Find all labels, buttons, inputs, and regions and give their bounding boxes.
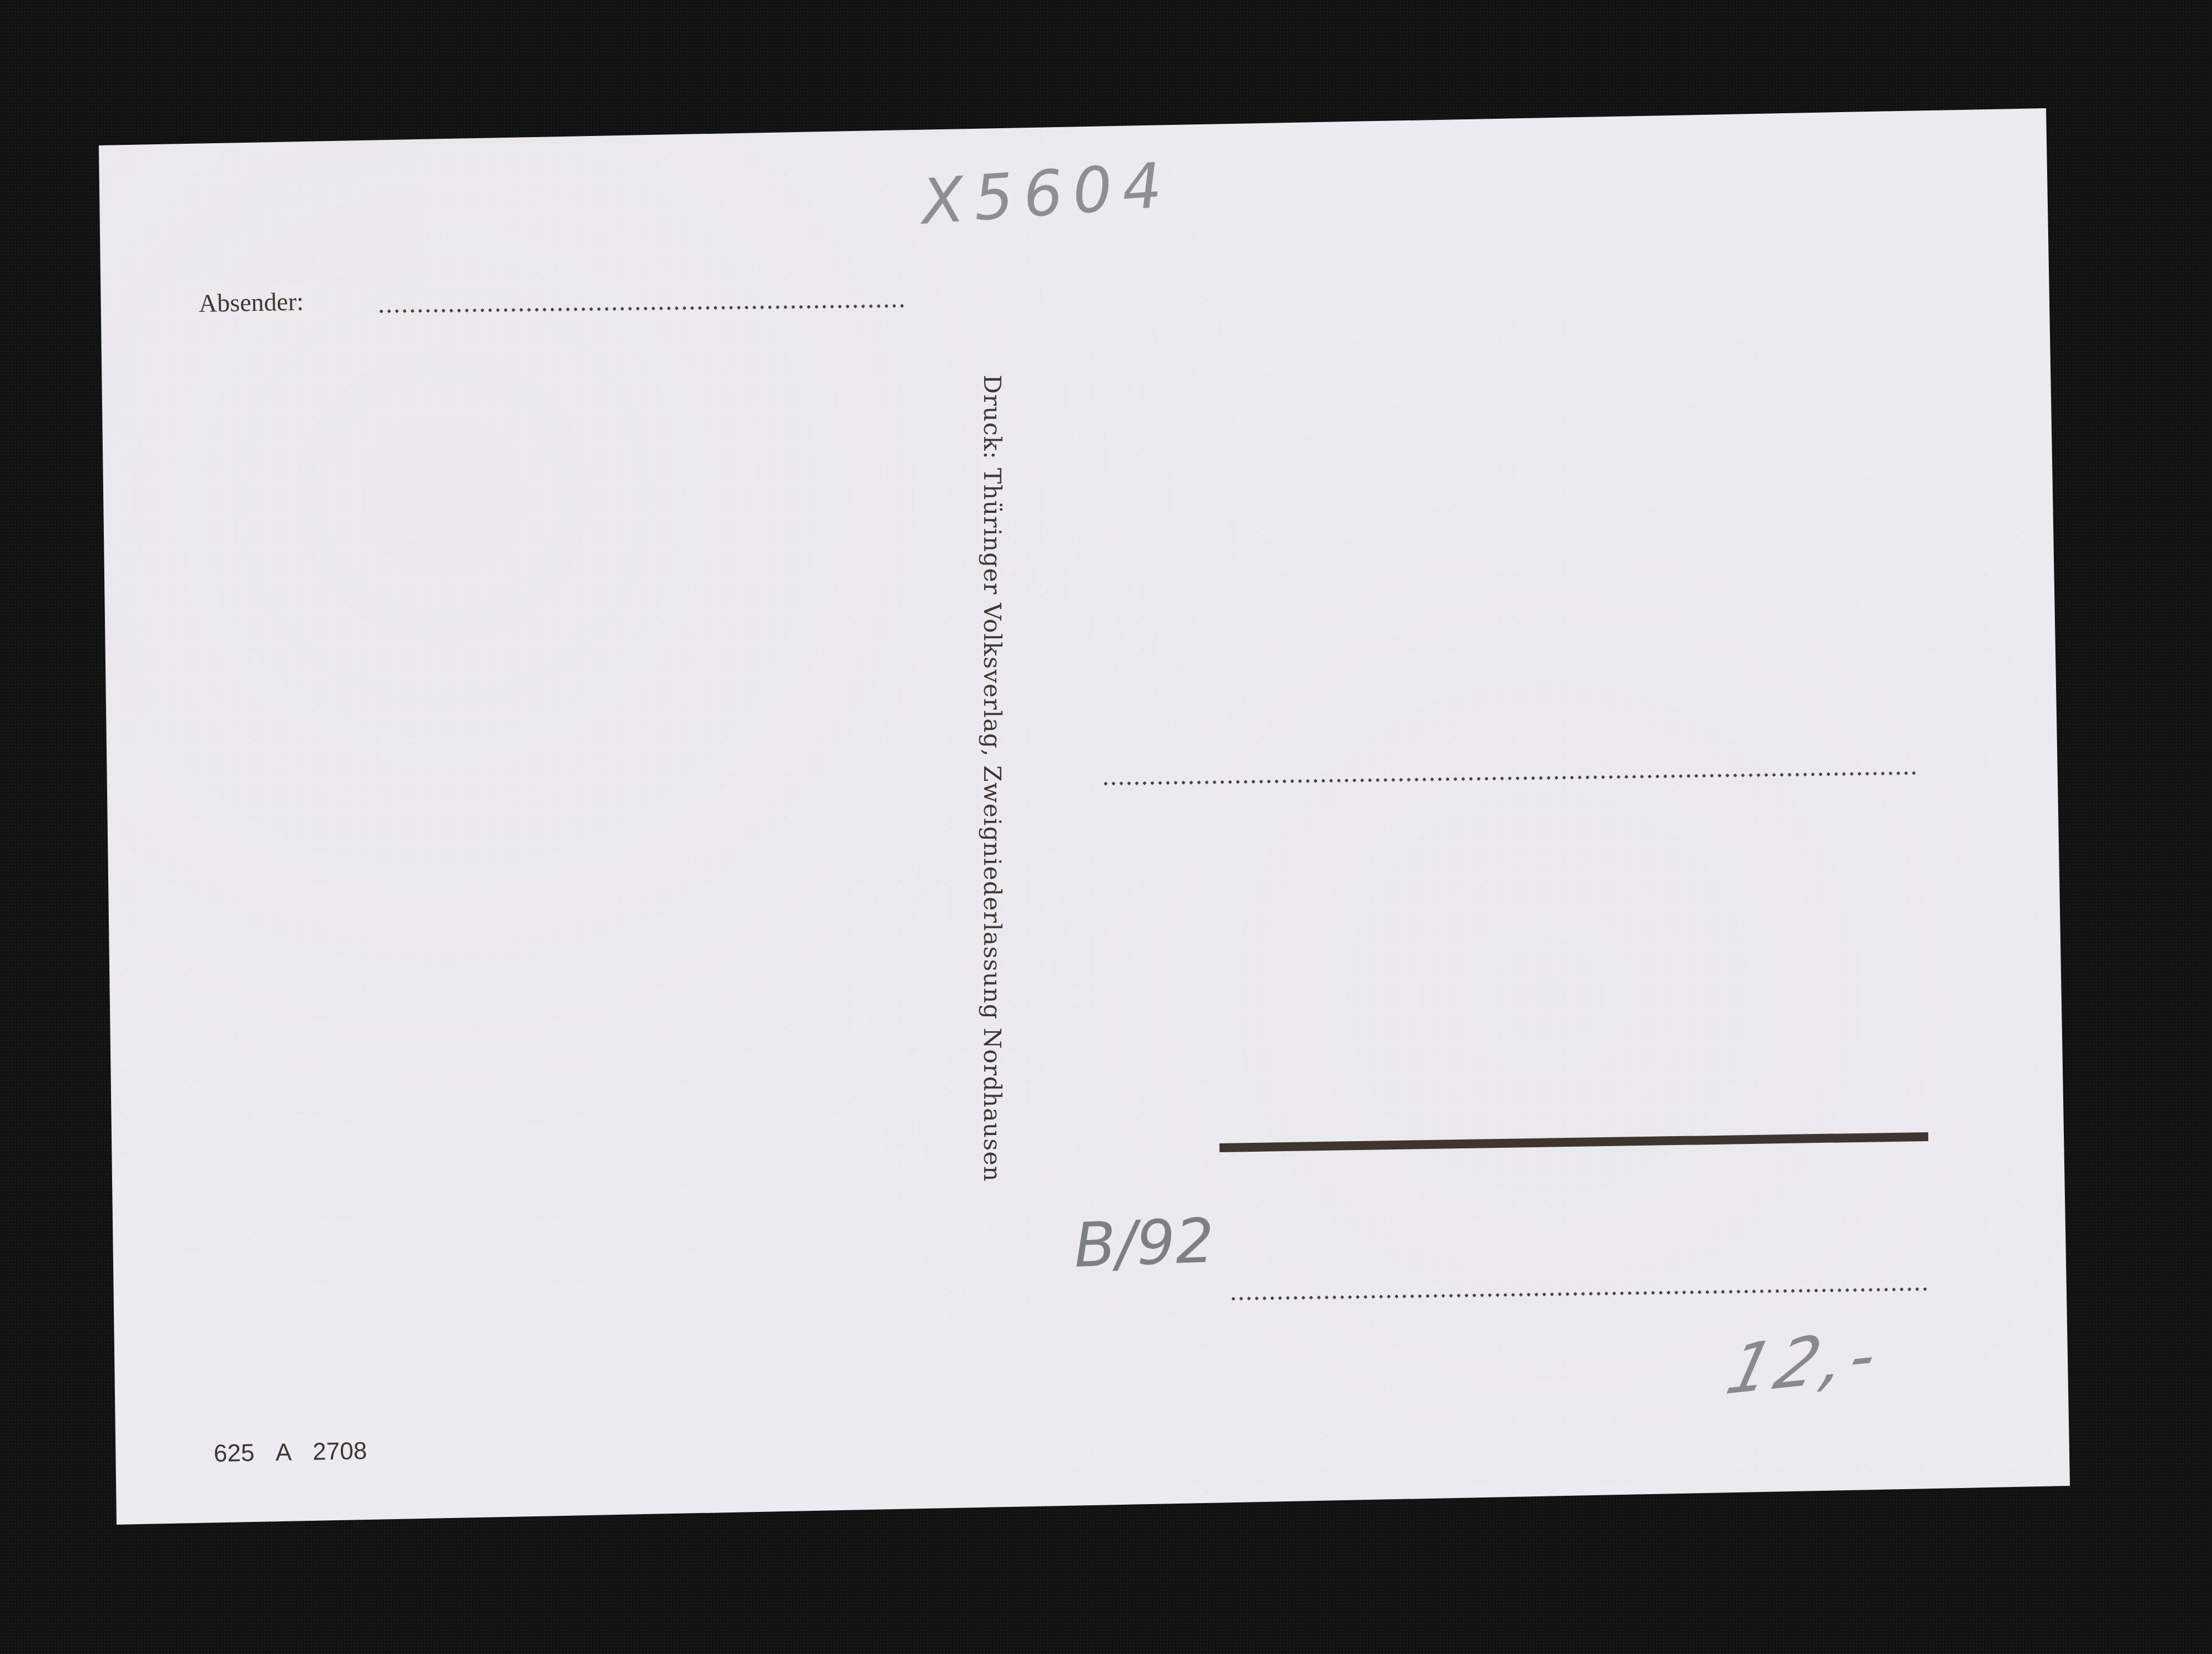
postcard-content: X5604 Absender: Druck: Thüringer Volksve… (0, 0, 2212, 1654)
printer-credit: Druck: Thüringer Volksverlag, Zweigniede… (978, 375, 1006, 1182)
catalog-code: 625 A 2708 (214, 1438, 367, 1468)
sender-dotted-line (377, 304, 905, 313)
sender-label: Absender: (198, 286, 304, 318)
address-line-3 (1230, 1287, 1928, 1300)
handwritten-price: 12,- (1719, 1315, 1890, 1410)
handwritten-inventory-number: X5604 (919, 149, 1174, 239)
address-line-1 (1102, 771, 1918, 785)
address-line-2-solid (1220, 1132, 1928, 1152)
handwritten-reference: B/92 (1073, 1205, 1216, 1281)
